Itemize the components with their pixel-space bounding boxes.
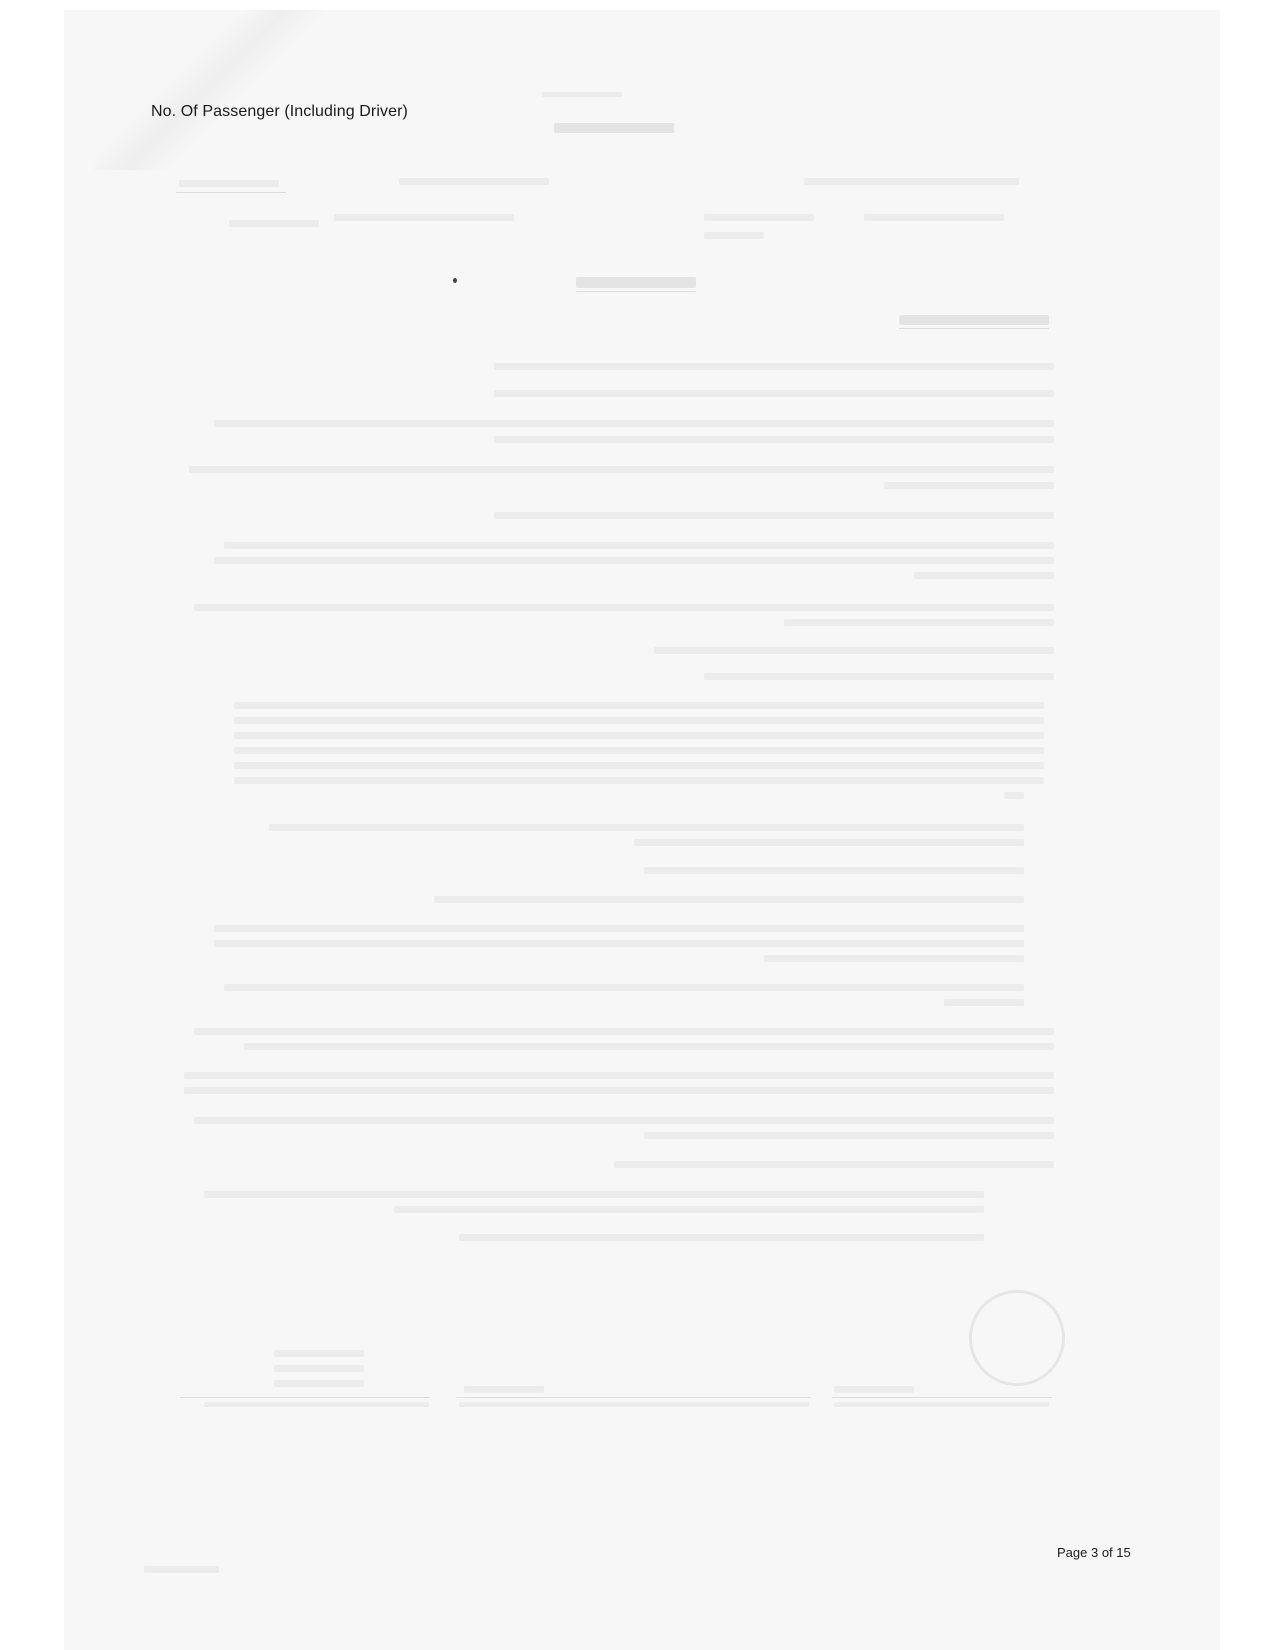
document-page: No. Of Passenger (Including Driver) Page…: [64, 10, 1220, 1650]
show-through-ghost-content: [64, 10, 1220, 1650]
passenger-count-field-label: No. Of Passenger (Including Driver): [151, 103, 408, 121]
page-indicator: Page 3 of 15: [1057, 1545, 1131, 1560]
